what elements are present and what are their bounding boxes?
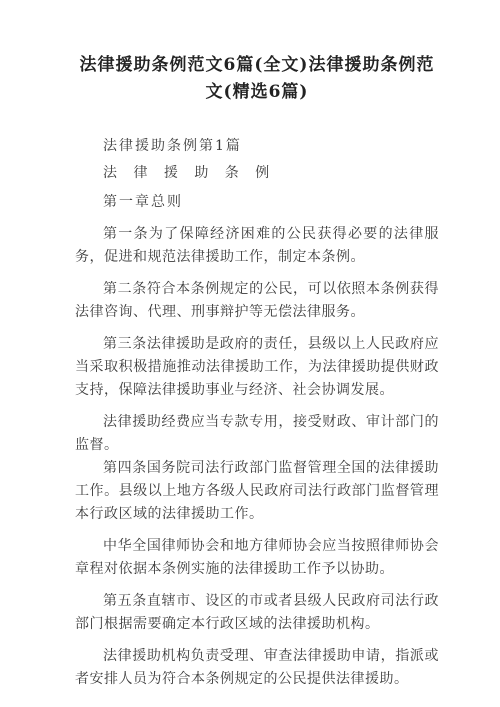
paragraph: 第四条国务院司法行政部门监督管理全国的法律援助工作。县级以上地方各级人民政府司法… — [75, 457, 439, 526]
paragraph: 中华全国律师协会和地方律师协会应当按照律师协会章程对依据本条例实施的法律援助工作… — [75, 535, 439, 581]
document-subtitle: 法 律 援 助 条 例 — [75, 163, 439, 183]
chapter-heading: 第一章总则 — [75, 192, 439, 212]
document-body: 第一条为了保障经济困难的公民获得必要的法律服务，促进和规范法律援助工作，制定本条… — [75, 223, 439, 691]
document-page: 法律援助条例范文6篇(全文)法律援助条例范文(精选6篇) 法律援助条例第1篇 法… — [0, 0, 500, 707]
paragraph: 第一条为了保障经济困难的公民获得必要的法律服务，促进和规范法律援助工作，制定本条… — [75, 223, 439, 269]
paragraph: 第二条符合本条例规定的公民，可以依照本条例获得法律咨询、代理、刑事辩护等无偿法律… — [75, 278, 439, 324]
document-title: 法律援助条例范文6篇(全文)法律援助条例范文(精选6篇) — [75, 52, 439, 106]
paragraph: 法律援助机构负责受理、审查法律援助申请，指派或者安排人员为符合本条例规定的公民提… — [75, 645, 439, 691]
paragraph: 法律援助经费应当专款专用，接受财政、审计部门的监督。 — [75, 411, 439, 457]
paragraph: 第五条直辖市、设区的市或者县级人民政府司法行政部门根据需要确定本行政区域的法律援… — [75, 590, 439, 636]
paragraph: 第三条法律援助是政府的责任，县级以上人民政府应当采取积极措施推动法律援助工作，为… — [75, 333, 439, 402]
part-heading: 法律援助条例第1篇 — [75, 136, 439, 156]
